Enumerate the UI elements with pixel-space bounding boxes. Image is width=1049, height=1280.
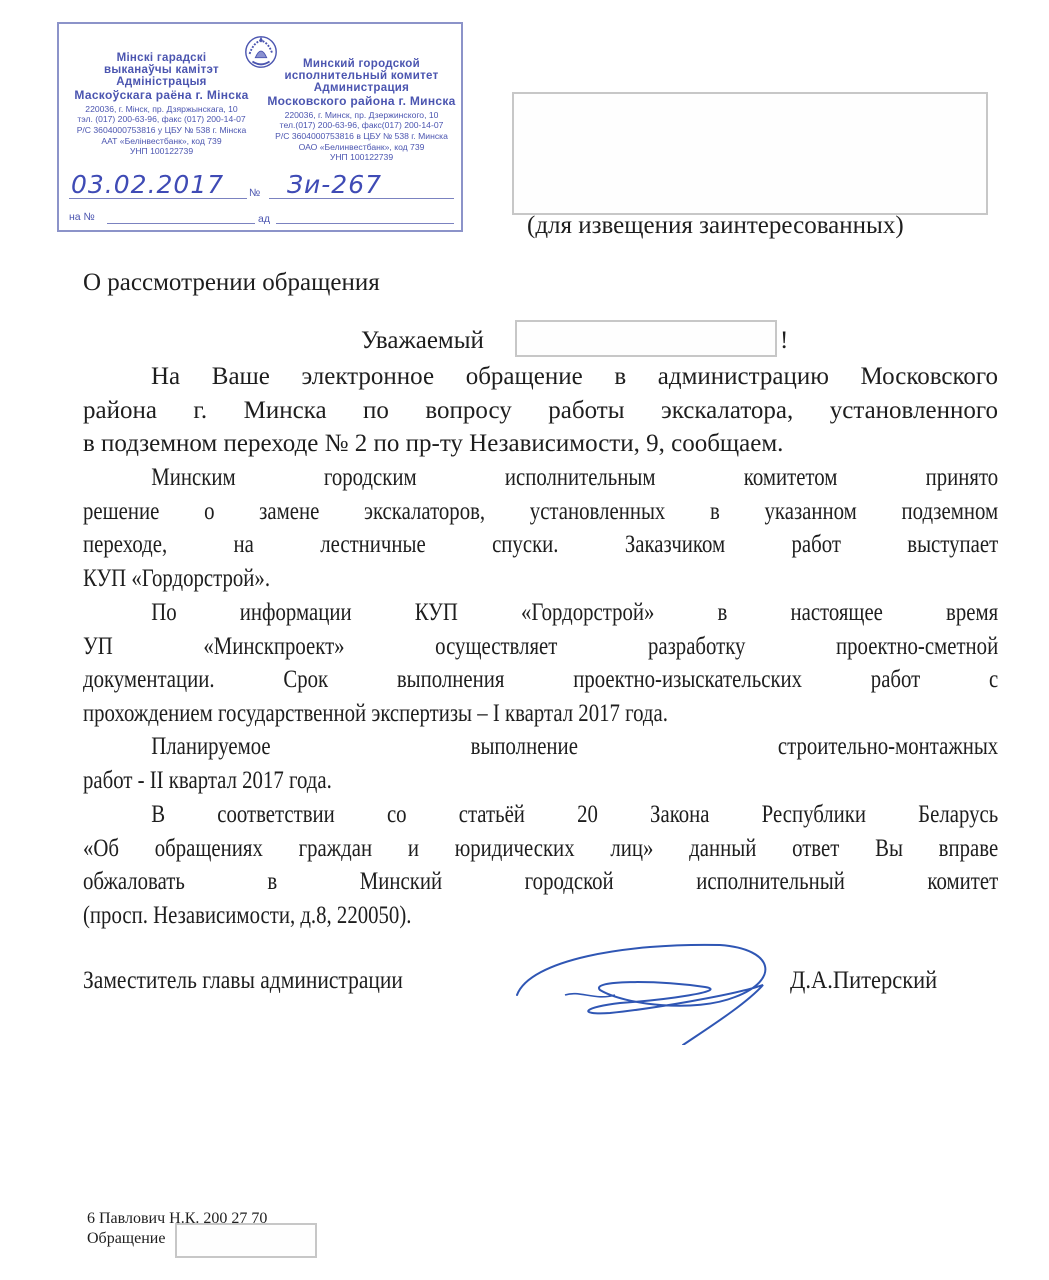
- stamp-bank-line: ОАО «Белинвестбанк», код 739: [259, 142, 464, 153]
- paragraph-line: переходе, на лестничные спуски. Заказчик…: [83, 528, 998, 562]
- paragraph-4: Планируемое выполнение строительно-монта…: [83, 730, 998, 797]
- stamp-russian-block: Минский городской исполнительный комитет…: [259, 52, 464, 163]
- stamp-unp-line: УНП 100122739: [259, 152, 464, 163]
- redacted-appeal-number: [175, 1223, 317, 1258]
- appeal-label: Обращение: [87, 1229, 165, 1248]
- redacted-recipient-name: [515, 320, 777, 357]
- paragraph-line: «Об обращениях граждан и юридических лиц…: [83, 832, 998, 866]
- handwritten-number: Зи-267: [287, 170, 382, 199]
- stamp-account-line: Р/С 3604000753816 в ЦБУ № 538 г. Минска: [259, 131, 464, 142]
- signatory-name: Д.А.Питерский: [790, 964, 937, 998]
- paragraph-line: Планируемое выполнение строительно-монта…: [83, 730, 998, 764]
- stamp-from-label: ад: [258, 213, 270, 225]
- paragraph-line: Минским городским исполнительным комитет…: [83, 461, 998, 495]
- stamp-org-line: Мінскі гарадскі: [59, 52, 264, 64]
- letter-subject: О рассмотрении обращения: [83, 268, 380, 298]
- paragraph-line: решение о замене экскалаторов, установле…: [83, 495, 998, 529]
- stamp-on-number-label: на №: [69, 211, 95, 223]
- paragraph-5: В соответствии со статьёй 20 Закона Респ…: [83, 798, 998, 932]
- stamp-unp-line: УНП 100122739: [59, 146, 264, 157]
- stamp-org-line: выканаўчы камітэт: [59, 64, 264, 76]
- signatory-position: Заместитель главы администрации: [83, 964, 403, 998]
- paragraph-line: КУП «Гордорстрой».: [83, 562, 998, 596]
- paragraph-line: района г. Минска по вопросу работы экска…: [83, 394, 998, 428]
- stamp-bank-line: ААТ «Белінвестбанк», код 739: [59, 136, 264, 147]
- paragraph-line: По информации КУП «Гордорстрой» в настоя…: [83, 596, 998, 630]
- paragraph-3: По информации КУП «Гордорстрой» в настоя…: [83, 596, 998, 730]
- paragraph-line: документации. Срок выполнения проектно-и…: [83, 663, 998, 697]
- paragraph-line: обжаловать в Минский городской исполните…: [83, 865, 998, 899]
- paragraph-line: в подземном переходе № 2 по пр-ту Незави…: [83, 427, 998, 461]
- paragraph-1: На Ваше электронное обращение в админист…: [83, 360, 998, 461]
- stamp-org-main: Московского района г. Минска: [259, 95, 464, 107]
- handwritten-date: 03.02.2017: [71, 170, 224, 199]
- stamp-org-line: Администрация: [259, 82, 464, 94]
- addressee-caption: (для извещения заинтересованных): [527, 211, 904, 241]
- stamp-org-main: Маскоўскага раёна г. Мінска: [59, 89, 264, 101]
- stamp-number-label: №: [249, 187, 260, 199]
- stamp-phone-line: тэл. (017) 200-63-96, факс (017) 200-14-…: [59, 114, 264, 125]
- redacted-addressee: [512, 92, 988, 215]
- paragraph-line: работ - II квартал 2017 года.: [83, 764, 998, 798]
- paragraph-line: (просп. Независимости, д.8, 220050).: [83, 899, 998, 933]
- registration-stamp: Мінскі гарадскі выканаўчы камітэт Адміні…: [57, 22, 463, 232]
- stamp-phone-line: тел.(017) 200-63-96, факс(017) 200-14-07: [259, 120, 464, 131]
- stamp-on-number-underline: [107, 223, 255, 224]
- stamp-address-line: 220036, г. Мінск, пр. Дзяржынскага, 10: [59, 104, 264, 115]
- salutation-prefix: Уважаемый: [361, 326, 484, 356]
- paragraph-line: УП «Минскпроект» осуществляет разработку…: [83, 630, 998, 664]
- stamp-address-line: 220036, г. Минск, пр. Дзержинского, 10: [259, 110, 464, 121]
- paragraph-2: Минским городским исполнительным комитет…: [83, 461, 998, 595]
- stamp-org-line: Минский городской: [259, 58, 464, 70]
- salutation-suffix: !: [780, 326, 788, 356]
- stamp-account-line: Р/С 3604000753816 у ЦБУ № 538 г. Мінска: [59, 125, 264, 136]
- stamp-from-underline: [276, 223, 454, 224]
- paragraph-line: На Ваше электронное обращение в админист…: [83, 360, 998, 394]
- stamp-belarusian-block: Мінскі гарадскі выканаўчы камітэт Адміні…: [59, 52, 264, 157]
- paragraph-line: прохождением государственной экспертизы …: [83, 697, 998, 731]
- stamp-org-line: Адміністрацыя: [59, 76, 264, 88]
- handwritten-signature-icon: [505, 935, 795, 1045]
- paragraph-line: В соответствии со статьёй 20 Закона Респ…: [83, 798, 998, 832]
- stamp-org-line: исполнительный комитет: [259, 70, 464, 82]
